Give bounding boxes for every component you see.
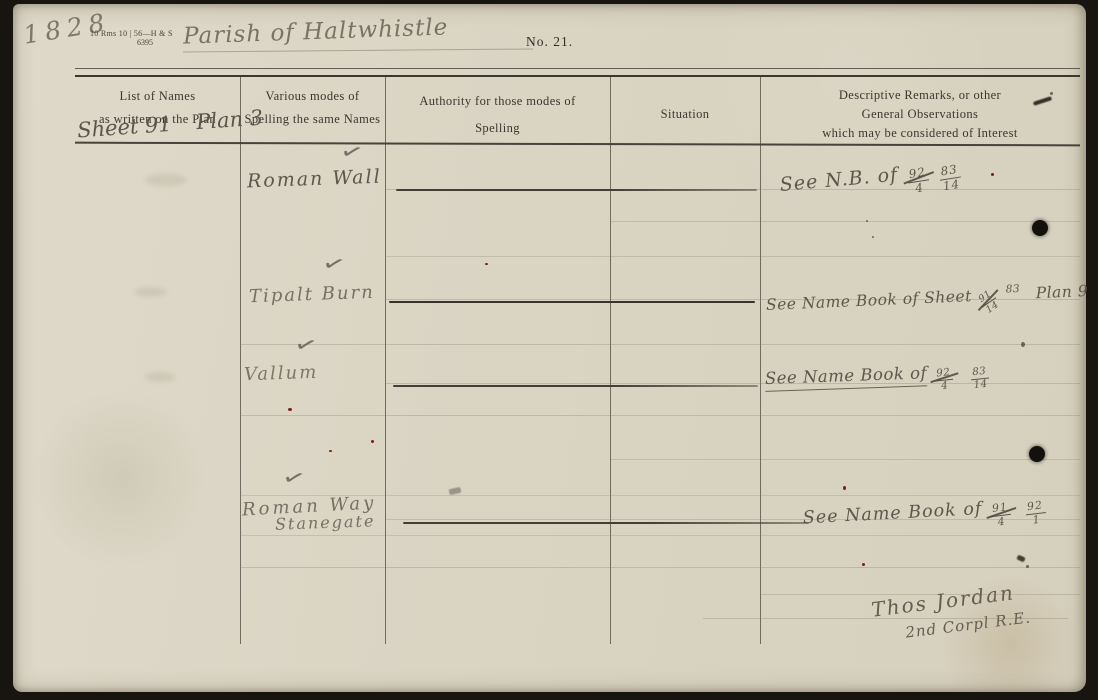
column-divider [760,76,761,644]
table-top-rule-thick [75,75,1080,77]
punch-hole [1032,220,1048,236]
check-mark-icon: ✓ [279,463,308,493]
remark-entry: See N.B. of 924 8314 [779,158,964,206]
struck-reference: 914 [988,497,1013,528]
ink-speck [485,263,488,265]
struck-reference: 9114 [972,283,1004,317]
column-header-remarks-line3: which may be considered of Interest [760,127,1080,140]
punch-hole [1029,446,1045,462]
faint-row-line [240,535,1080,536]
authority-ditto-line [396,189,757,191]
scanned-document: { "page": { "year": "1828", "print_code_… [0,0,1098,700]
ink-bleed-mark [145,372,175,382]
check-mark-icon: ✓ [291,330,320,360]
struck-reference: 924 [904,161,932,196]
table-header-bottom-rule [75,142,1080,146]
check-mark-icon: ✓ [337,137,366,167]
column-divider [240,76,241,644]
column-header-situation: Situation [610,108,760,121]
authority-ditto-line [393,385,758,387]
ink-bleed-mark [135,287,167,297]
authority-ditto-line [403,522,809,524]
ink-speck [862,563,865,566]
dust-speck [866,220,868,222]
parish-title: Parish of Haltwhistle [183,14,449,49]
column-header-spelling-line1: Various modes of [240,90,385,103]
faint-row-line [240,344,1080,345]
ink-speck [843,486,846,490]
edge-speck [1050,92,1053,95]
name-entry: Roman Wall [247,166,382,193]
sheet-reference: 8314 [938,164,963,194]
remark-entry: See Name Book of Sheet 9114 83 Plan 9 [766,280,1089,323]
ink-bleed-mark [145,174,187,186]
remark-text: See Name Book of Sheet [766,287,973,314]
printers-code-line1: 10 Rms 10 | 56—H & S [90,29,173,38]
printers-code-line2: 6395 [137,38,153,47]
struck-reference: 924 [932,362,955,392]
remark-entry: See Name Book of 914 921 [802,496,1048,538]
sheet-number: Sheet 91 [76,112,172,143]
faint-row-line [610,221,1080,222]
column-header-authority-line2: Spelling [385,122,610,135]
ink-speck [991,173,994,176]
ink-speck [371,440,374,443]
column-divider [385,76,386,644]
faint-row-line [240,415,1080,416]
faint-row-line [610,459,1080,460]
remark-text: Plan 9 [1035,282,1088,302]
remark-entry: See Name Book of 924 8314 [765,361,992,398]
edge-speck [1021,342,1025,347]
ink-speck [288,408,292,411]
remark-text: See N.B. of [779,164,899,196]
sheet-reference: 83 [1005,283,1020,296]
remark-text: See Name Book of [765,363,928,392]
name-entry-line2: Stanegate [275,511,376,533]
column-header-remarks-line2: General Observations [760,108,1080,121]
plan-number: Plan 3 [195,106,263,135]
page-number: No. 21. [526,34,573,50]
authority-ditto-line [389,301,755,303]
sheet-reference: 921 [1024,500,1047,527]
rule-line [183,48,533,52]
edge-speck [1026,565,1029,568]
column-header-authority-line1: Authority for those modes of [385,95,610,108]
check-mark-icon: ✓ [319,249,348,279]
ledger-page: 1828 10 Rms 10 | 56—H & S 6395 Parish of… [13,4,1086,692]
edge-ink-mark [1016,555,1025,563]
ink-smudge [449,487,462,495]
remark-text: See Name Book of [802,499,982,528]
column-divider [610,76,611,644]
column-header-remarks-line1: Descriptive Remarks, or other [760,89,1080,102]
name-entry: Tipalt Burn [249,282,375,307]
ink-speck [329,450,332,452]
sheet-reference: 8314 [970,367,990,392]
table-top-rule-thin [75,68,1080,69]
faint-row-line [240,567,1080,568]
dust-speck [872,236,874,238]
column-header-names-line1: List of Names [75,90,240,103]
faint-row-line [385,256,1080,257]
name-entry: Vallum [244,362,319,386]
